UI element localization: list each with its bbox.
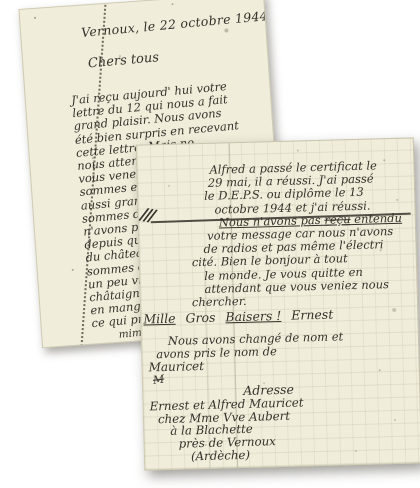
salutation: Chers tous xyxy=(87,50,159,71)
name-change-paragraph: Nous avons changé de nom et avons pris l… xyxy=(142,330,344,375)
paper-speckles xyxy=(137,146,139,148)
dateline: Vernoux, le 22 octobre 1944 xyxy=(80,8,268,40)
address-block: Adresse Ernest et Alfred Mauricet chez M… xyxy=(143,383,305,464)
letter-page-front: /// Alfred a passé le certificat le 29 m… xyxy=(136,137,420,470)
letter-body: Alfred a passé le certificat le 29 mai, … xyxy=(137,159,413,311)
pen-flourish: M xyxy=(152,372,165,386)
signature-word: Mille xyxy=(143,311,176,327)
signature-name: Ernest xyxy=(291,307,333,323)
signature-word: Baisers ! xyxy=(225,308,281,324)
letter-line: Mauricet xyxy=(148,357,344,375)
address-line: (Ardèche) xyxy=(191,447,305,463)
signature-word: Gros xyxy=(185,310,215,326)
scanned-letters: Vernoux, le 22 octobre 1944 Chers tous J… xyxy=(0,0,420,488)
